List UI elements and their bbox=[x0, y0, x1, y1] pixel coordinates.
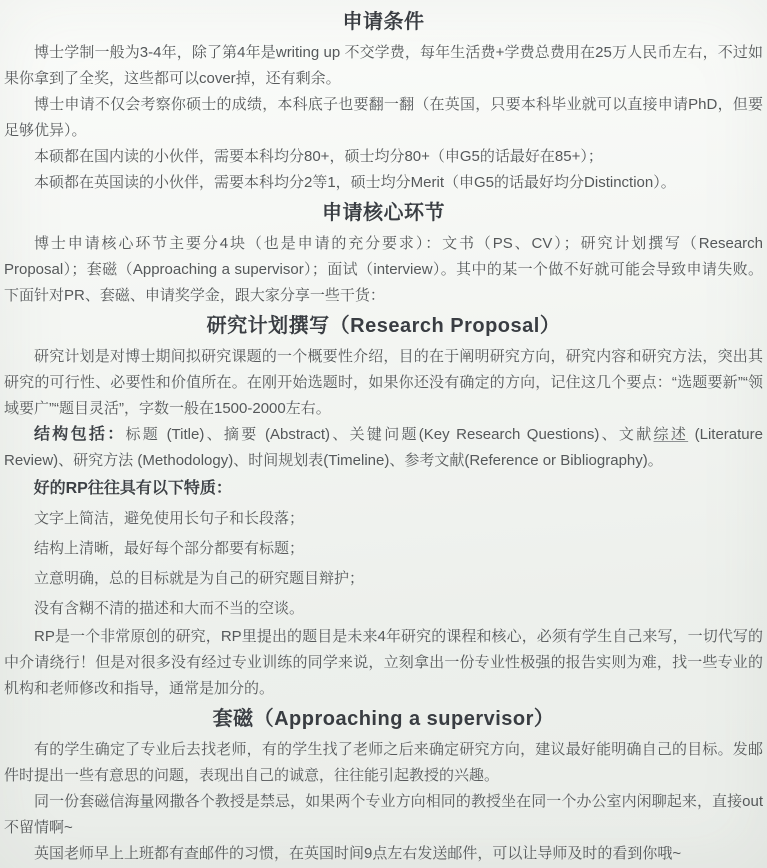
paragraph-uk-requirements: 本硕都在英国读的小伙伴，需要本科均分2等1，硕士均分Merit（申G5的话最好均… bbox=[4, 170, 763, 196]
paragraph-rp-originality-note: RP是一个非常原创的研究，RP里提出的题目是未来4年研究的课程和核心，必须有学生… bbox=[4, 624, 763, 702]
heading-good-rp-traits: 好的RP往往具有以下特质： bbox=[4, 474, 763, 504]
paragraph-rp-structure: 结构包括：标题 (Title)、摘要 (Abstract)、关键问题(Key R… bbox=[4, 422, 763, 474]
paragraph-approach-timing: 英国老师早上上班都有查邮件的习惯，在英国时间9点左右发送邮件，可以让导师及时的看… bbox=[4, 841, 763, 867]
rp-structure-label: 结构包括： bbox=[34, 426, 126, 443]
trait-clear-structure: 结构上清晰，最好每个部分都要有标题； bbox=[4, 534, 763, 564]
heading-approaching-supervisor: 套磁（Approaching a supervisor） bbox=[4, 704, 763, 734]
trait-clear-purpose: 立意明确，总的目标就是为自己的研究题目辩护； bbox=[4, 564, 763, 594]
heading-core-steps: 申请核心环节 bbox=[4, 198, 763, 228]
paragraph-approach-goal: 有的学生确定了专业后去找老师，有的学生找了老师之后来确定研究方向，建议最好能明确… bbox=[4, 737, 763, 789]
trait-no-vague-talk: 没有含糊不清的描述和大而不当的空谈。 bbox=[4, 594, 763, 624]
rp-structure-text-pre: 标题 (Title)、摘要 (Abstract)、关键问题(Key Resear… bbox=[126, 426, 654, 443]
paragraph-duration-fees: 博士学制一般为3-4年，除了第4年是writing up 不交学费，每年生活费+… bbox=[4, 40, 763, 92]
article: 申请条件 博士学制一般为3-4年，除了第4年是writing up 不交学费，每… bbox=[0, 0, 767, 868]
paragraph-core-steps-intro: 博士申请核心环节主要分4块（也是申请的充分要求）：文书（PS、CV）；研究计划撰… bbox=[4, 231, 763, 309]
paragraph-rp-intro: 研究计划是对博士期间拟研究课题的一个概要性介绍，目的在于阐明研究方向，研究内容和… bbox=[4, 344, 763, 422]
paragraph-domestic-requirements: 本硕都在国内读的小伙伴，需要本科均分80+，硕士均分80+（申G5的话最好在85… bbox=[4, 144, 763, 170]
rp-structure-text-underlined: 综述 bbox=[654, 426, 689, 443]
paragraph-approach-taboo: 同一份套磁信海量网撒各个教授是禁忌，如果两个专业方向相同的教授坐在同一个办公室内… bbox=[4, 789, 763, 841]
heading-research-proposal: 研究计划撰写（Research Proposal） bbox=[4, 311, 763, 341]
paragraph-grades-check: 博士申请不仅会考察你硕士的成绩，本科底子也要翻一翻（在英国，只要本科毕业就可以直… bbox=[4, 92, 763, 144]
heading-application-conditions: 申请条件 bbox=[4, 7, 763, 37]
page: { "theme": { "background_top": "#fbfcfa"… bbox=[0, 0, 767, 868]
trait-concise: 文字上简洁，避免使用长句子和长段落； bbox=[4, 504, 763, 534]
